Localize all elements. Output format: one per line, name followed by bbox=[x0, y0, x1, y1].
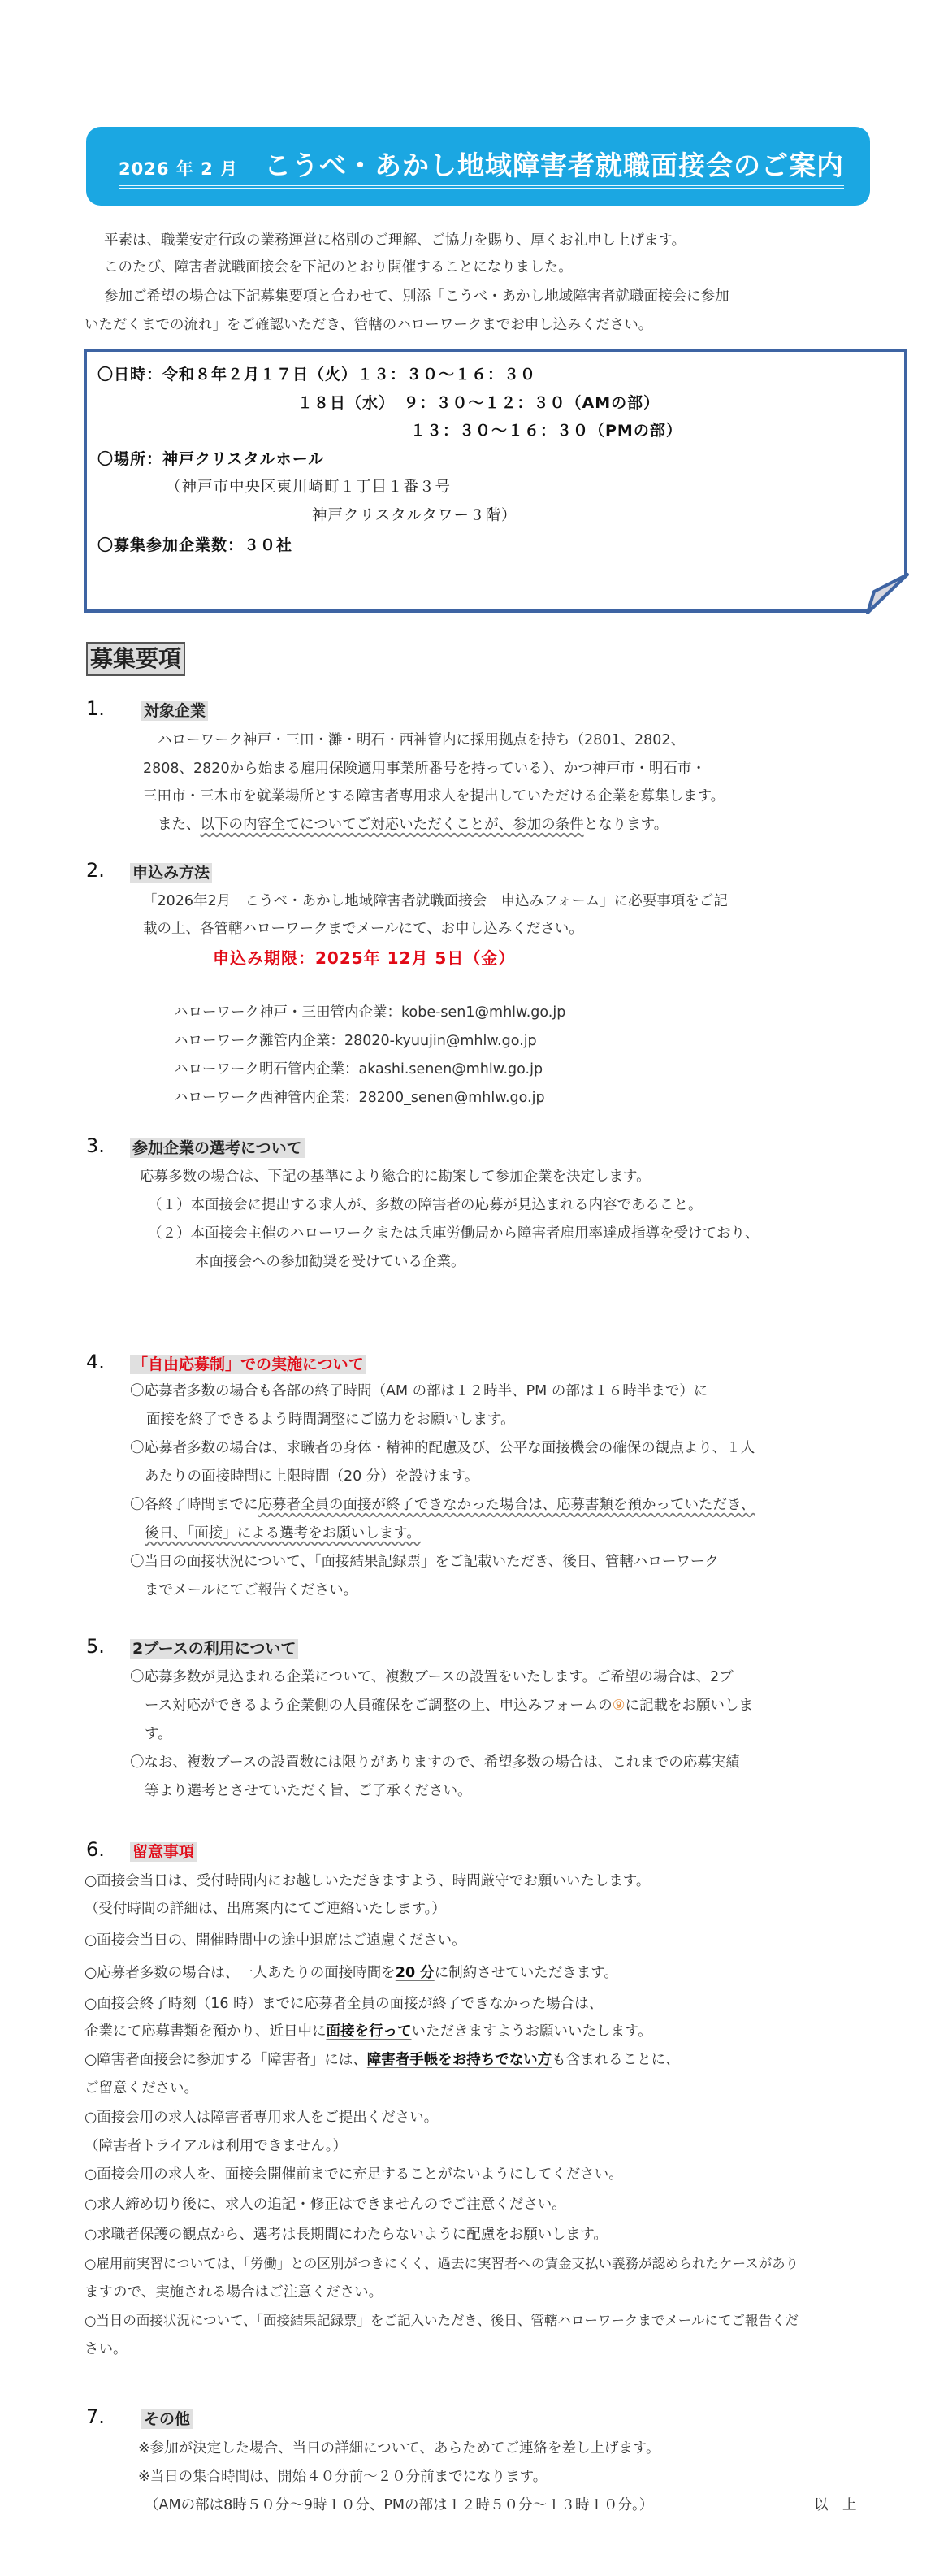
intro-line-2: このたび、障害者就職面接会を下記のとおり開催することになりました。 bbox=[104, 256, 573, 276]
section-6-line-16: ○当日の面接状況について、「面接結果記録票」をご記入いただき、後日、管轄ハローワ… bbox=[84, 2309, 799, 2329]
line-suffix: も含まれることに、 bbox=[552, 2052, 680, 2068]
section-2-number: 2. bbox=[86, 859, 105, 882]
page-curl-icon bbox=[853, 569, 910, 614]
line-suffix: に制約させていただきます。 bbox=[435, 1965, 618, 1981]
section-6-title: 留意事項 bbox=[130, 1842, 197, 1862]
section-4-line-1: 〇応募者多数の場合も各部の終了時間（AM の部は１２時半、PM の部は１６時半ま… bbox=[130, 1380, 708, 1400]
line-prefix: ○障害者面接会に参加する「障害者」には、 bbox=[84, 2052, 367, 2068]
section-6-line-2: （受付時間の詳細は、出席案内にてご連絡いたします。） bbox=[84, 1897, 446, 1918]
section-6-line-13: ○求職者保護の観点から、選考は長期間にわたらないように配慮をお願いします。 bbox=[84, 2223, 608, 2244]
section-2-line-2: 載の上、各管轄ハローワークまでメールにて、お申し込みください。 bbox=[143, 917, 583, 938]
section-4-line-4: あたりの面接時間に上限時間（20 分）を設けます。 bbox=[145, 1465, 478, 1485]
closing-mark: 以 上 bbox=[814, 2494, 857, 2514]
section-6-line-5: ○面接会終了時刻（16 時）までに応募者全員の面接が終了できなかった場合は、 bbox=[84, 1993, 603, 2013]
line-bold: 20 分 bbox=[396, 1965, 435, 1981]
section-6-line-4: ○応募者多数の場合は、一人あたりの面接時間を20 分に制約させていただきます。 bbox=[84, 1962, 618, 1982]
contact-email[interactable]: akashi.senen@mhlw.go.jp bbox=[359, 1061, 543, 1078]
event-venue: 〇場所：神戸クリスタルホール bbox=[97, 447, 324, 469]
section-4-line-6: 後日、「面接」による選考をお願いします。 bbox=[145, 1522, 421, 1542]
section-6-line-12: ○求人締め切り後に、求人の追記・修正はできませんのでご注意ください。 bbox=[84, 2193, 566, 2214]
contact-email[interactable]: kobe-sen1@mhlw.go.jp bbox=[401, 1004, 565, 1021]
contact-office: ハローワーク西神管内企業 bbox=[174, 1090, 344, 1106]
contact-office: ハローワーク明石管内企業 bbox=[174, 1061, 344, 1078]
section-7-line-1: ※参加が決定した場合、当日の詳細について、あらためてご連絡を差し上げます。 bbox=[138, 2437, 660, 2457]
form-item-9-mark: ⑨ bbox=[613, 1698, 626, 1714]
section-6-line-15: ますので、実施される場合はご注意ください。 bbox=[84, 2281, 383, 2301]
section-4-line-5: 〇各終了時間までに応募者全員の面接が終了できなかった場合は、応募書類を預かってい… bbox=[130, 1494, 755, 1514]
card-border-right bbox=[904, 349, 907, 575]
section-1-line-2: 2808、2820から始まる雇用保険適用事業所番号を持っている）、かつ神戸市・明… bbox=[143, 757, 706, 778]
section-1-line-1: ハローワーク神戸・三田・灘・明石・西神管内に採用拠点を持ち（2801、2802、 bbox=[158, 729, 685, 749]
title-banner: 2026 年 2 月こうべ・あかし地域障害者就職面接会のご案内 bbox=[86, 127, 870, 206]
event-address-1: （神戸市中央区東川崎町１丁目１番３号 bbox=[166, 475, 451, 497]
section-6-line-17: さい。 bbox=[84, 2338, 128, 2358]
card-border-bottom bbox=[84, 609, 868, 613]
section-4-line-2: 面接を終了できるよう時間調整にご協力をお願いします。 bbox=[146, 1408, 515, 1429]
section-3-criterion-1: （１）本面接会に提出する求人が、多数の障害者の応募が見込まれる内容であること。 bbox=[148, 1194, 703, 1214]
contact-email[interactable]: 28200_senen@mhlw.go.jp bbox=[359, 1090, 545, 1106]
intro-line-3: 参加ご希望の場合は下記募集要項と合わせて、別添「こうべ・あかし地域障害者就職面接… bbox=[104, 285, 729, 306]
section-6-line-6: 企業にて応募書類を預かり、近日中に面接を行っていただきますようお願いいたします。 bbox=[84, 2020, 652, 2040]
section-3-title: 参加企業の選考について bbox=[130, 1138, 305, 1158]
event-address-2: 神戸クリスタルタワー３階） bbox=[312, 504, 517, 525]
intro-line-4: いただくまでの流れ」をご確認いただき、管轄のハローワークまでお申し込みください。 bbox=[84, 314, 652, 334]
event-datetime: 〇日時：令和８年２月１７日（火）１３：３０～１６：３０ bbox=[97, 362, 536, 384]
line-bold: 面接を行って bbox=[327, 2023, 412, 2040]
line-suffix: いただきますようお願いいたします。 bbox=[412, 2023, 652, 2040]
section-7-line-3: （AMの部は8時５０分～9時１０分、PMの部は１２時５０分～１３時１０分。） bbox=[145, 2494, 653, 2514]
section-4-title: 「自由応募制」での実施について bbox=[130, 1355, 366, 1374]
section-5-line-1: 〇応募多数が見込まれる企業について、複数ブースの設置をいたします。ご希望の場合は… bbox=[130, 1666, 734, 1686]
section-6-line-11: ○面接会用の求人を、面接会開催前までに充足することがないようにしてください。 bbox=[84, 2163, 623, 2184]
section-7-line-2: ※当日の集合時間は、開始４０分前～２０分前までになります。 bbox=[138, 2465, 547, 2486]
section-2-title: 申込み方法 bbox=[130, 863, 212, 883]
section-3-number: 3. bbox=[86, 1134, 105, 1157]
section-4-line-8: までメールにてご報告ください。 bbox=[145, 1579, 357, 1599]
contact-office: ハローワーク灘管内企業 bbox=[174, 1033, 331, 1049]
section-5-line-2: ース対応ができるよう企業側の人員確保をご調整の上、申込みフォームの⑨に記載をお願… bbox=[145, 1694, 753, 1715]
section-6-line-9: ○面接会用の求人は障害者専用求人をご提出ください。 bbox=[84, 2106, 438, 2127]
section-4-line-7: 〇当日の面接状況について、「面接結果記録票」をご記載いただき、後日、管轄ハローワ… bbox=[130, 1550, 719, 1571]
line-suffix: に記載をお願いしま bbox=[625, 1698, 753, 1714]
event-datetime-day2: １８日（水） ９：３０～１２：３０（AMの部） bbox=[297, 391, 660, 413]
section-1-line-3: 三田市・三木市を就業場所とする障害者専用求人を提出していただける企業を募集します… bbox=[143, 785, 725, 805]
section-7-number: 7. bbox=[86, 2405, 105, 2428]
contact-kobe-sanda: ハローワーク神戸・三田管内企業：kobe-sen1@mhlw.go.jp bbox=[174, 1001, 565, 1021]
contact-akashi: ハローワーク明石管内企業：akashi.senen@mhlw.go.jp bbox=[174, 1058, 543, 1078]
line-bold: 障害者手帳をお持ちでない方 bbox=[367, 2052, 552, 2068]
intro-line-1: 平素は、職業安定行政の業務運営に格別のご理解、ご協力を賜り、厚くお礼申し上げます… bbox=[104, 229, 686, 249]
condition-underlined: 以下の内容全てについてご対応いただくことが、参加の条件 bbox=[201, 817, 584, 833]
condition-prefix: また、 bbox=[158, 817, 201, 833]
section-3-line-1: 応募多数の場合は、下記の基準により総合的に勘案して参加企業を決定します。 bbox=[140, 1165, 651, 1186]
line-underlined: 応募者全員の面接が終了できなかった場合は、応募書類を預かっていただき、 bbox=[258, 1497, 755, 1513]
line-prefix: ース対応ができるよう企業側の人員確保をご調整の上、申込みフォームの bbox=[145, 1698, 613, 1714]
section-6-line-8: ご留意ください。 bbox=[84, 2077, 198, 2097]
section-7-title: その他 bbox=[141, 2409, 193, 2429]
section-5-title: 2ブースの利用について bbox=[130, 1639, 298, 1659]
section-5-line-4: 〇なお、複数ブースの設置数には限りがありますので、希望多数の場合は、これまでの応… bbox=[130, 1751, 740, 1772]
condition-suffix: となります。 bbox=[584, 817, 669, 833]
line-prefix: 企業にて応募書類を預かり、近日中に bbox=[84, 2023, 327, 2040]
title-main: こうべ・あかし地域障害者就職面接会のご案内 bbox=[264, 150, 844, 181]
event-capacity: 〇募集参加企業数：３０社 bbox=[97, 533, 292, 555]
section-3-criterion-2-cont: 本面接会への参加勧奨を受けている企業。 bbox=[195, 1251, 465, 1271]
section-1-number: 1. bbox=[86, 697, 105, 720]
section-4-number: 4. bbox=[86, 1351, 105, 1373]
section-3-criterion-2: （２）本面接会主催のハローワークまたは兵庫労働局から障害者雇用率達成指導を受けて… bbox=[148, 1222, 760, 1242]
line-prefix: ○応募者多数の場合は、一人あたりの面接時間を bbox=[84, 1965, 396, 1981]
section-6-line-7: ○障害者面接会に参加する「障害者」には、障害者手帳をお持ちでない方も含まれること… bbox=[84, 2049, 680, 2069]
recruitment-guidelines-heading: 募集要項 bbox=[86, 642, 185, 676]
contact-email[interactable]: 28020-kyuujin@mhlw.go.jp bbox=[344, 1033, 537, 1049]
contact-nada: ハローワーク灘管内企業：28020-kyuujin@mhlw.go.jp bbox=[174, 1030, 537, 1050]
title-year-month: 2026 年 2 月 bbox=[119, 159, 238, 179]
line-prefix: 〇各終了時間までに bbox=[130, 1497, 258, 1513]
section-6-line-10: （障害者トライアルは利用できません。） bbox=[84, 2135, 347, 2155]
section-6-line-14: ○雇用前実習については、「労働」との区別がつきにくく、過去に実習者への賃金支払い… bbox=[84, 2253, 799, 2272]
section-1-title: 対象企業 bbox=[141, 701, 208, 721]
section-5-line-5: 等より選考とさせていただく旨、ご了承ください。 bbox=[145, 1780, 472, 1800]
contact-office: ハローワーク神戸・三田管内企業 bbox=[174, 1004, 387, 1021]
application-deadline: 申込み期限：2025年 12月 5日（金） bbox=[213, 945, 515, 969]
section-1-condition: また、以下の内容全てについてご対応いただくことが、参加の条件となります。 bbox=[158, 813, 668, 834]
page-title: 2026 年 2 月こうべ・あかし地域障害者就職面接会のご案内 bbox=[119, 145, 844, 189]
section-2-line-1: 「2026年2月 こうべ・あかし地域障害者就職面接会 申込みフォーム」に必要事項… bbox=[143, 890, 728, 910]
event-datetime-day2-pm: １３：３０～１６：３０（PMの部） bbox=[410, 418, 682, 440]
section-4-line-3: 〇応募者多数の場合は、求職者の身体・精神的配慮及び、公平な面接機会の確保の観点よ… bbox=[130, 1437, 755, 1457]
section-5-line-3: す。 bbox=[145, 1723, 172, 1743]
section-6-line-3: ○面接会当日の、開催時間中の途中退席はご遠慮ください。 bbox=[84, 1929, 466, 1949]
section-5-number: 5. bbox=[86, 1635, 105, 1658]
contact-seishin: ハローワーク西神管内企業：28200_senen@mhlw.go.jp bbox=[174, 1086, 545, 1107]
section-6-number: 6. bbox=[86, 1838, 105, 1861]
section-6-line-1: ○面接会当日は、受付時間内にお越しいただきますよう、時間厳守でお願いいたします。 bbox=[84, 1870, 650, 1890]
